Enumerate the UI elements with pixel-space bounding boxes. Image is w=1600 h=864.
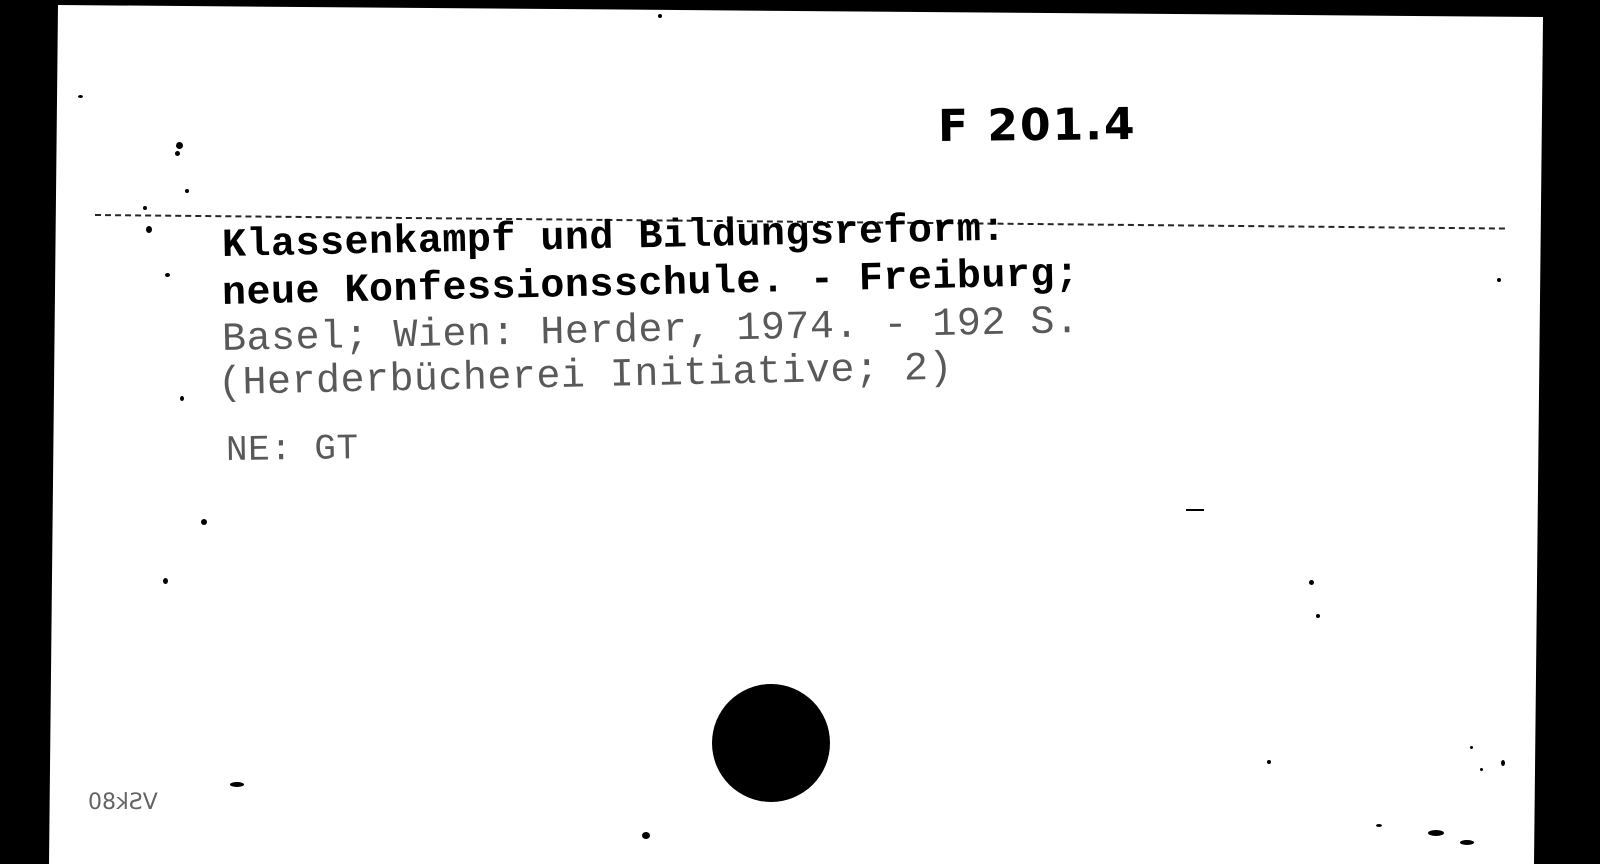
- scan-speck: [163, 578, 168, 584]
- scan-speck: [185, 189, 189, 193]
- scan-speck: [1316, 614, 1320, 618]
- scan-speck: [1480, 768, 1483, 771]
- scan-speck: [1309, 580, 1314, 585]
- scan-speck: [1267, 760, 1271, 764]
- scan-speck: [78, 95, 83, 98]
- scan-speck: [1376, 824, 1382, 827]
- hole-punch: [712, 684, 830, 802]
- scan-speck: [1501, 760, 1505, 766]
- scan-speck: [658, 14, 662, 18]
- scan-speck: [175, 151, 180, 156]
- scan-speck: [180, 396, 184, 401]
- catalog-card: F 201.4 Klassenkampf und Bildungsreform:…: [0, 0, 1600, 864]
- scan-speck: [642, 832, 650, 839]
- scan-speck: [230, 782, 244, 787]
- scan-speck: [165, 273, 170, 277]
- scan-speck: [1428, 830, 1444, 836]
- scan-speck: [1470, 746, 1473, 749]
- scan-speck: [1497, 278, 1501, 282]
- footer-stamp: VSk80: [88, 790, 158, 815]
- scan-speck: [176, 142, 183, 149]
- scan-speck: [201, 519, 207, 525]
- scan-speck: [143, 206, 147, 210]
- call-number: F 201.4: [938, 99, 1137, 152]
- scan-speck: [146, 226, 152, 233]
- scan-speck: [1460, 840, 1474, 845]
- added-entry-line: NE: GT: [226, 428, 359, 471]
- scan-speck: [1186, 509, 1204, 511]
